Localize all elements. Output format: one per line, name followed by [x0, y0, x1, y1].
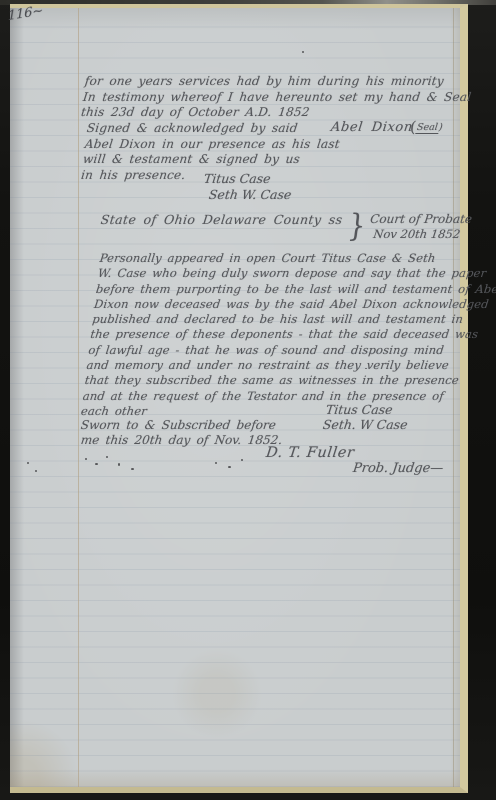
- handwritten-line: for one years services had by him during…: [84, 74, 474, 90]
- handwritten-line: Abel Dixon in our presence as his last: [84, 137, 341, 153]
- handwritten-line: of lawful age - that he was of sound and…: [88, 343, 496, 358]
- ink-speck: [85, 458, 87, 460]
- handwritten-line: and at the request of the Testator and i…: [82, 389, 490, 404]
- testator-signature: Abel Dixon: [330, 120, 414, 135]
- handwritten-line: the presence of these deponents - that t…: [89, 327, 496, 342]
- handwritten-line: each other: [80, 404, 488, 419]
- caption-court-column: Court of Probate Nov 20th 1852: [367, 212, 473, 243]
- ink-speck: [302, 51, 304, 53]
- handwritten-line: published and declared to be his last wi…: [91, 312, 496, 327]
- handwritten-line: W. Case who being duly sworn depose and …: [97, 266, 496, 281]
- handwritten-line: In testimony whereof I have hereunto set…: [82, 90, 472, 106]
- judge-title: Prob. Judge—: [352, 461, 444, 476]
- ink-speck: [106, 456, 108, 458]
- handwritten-line: and memory and under no restraint as the…: [86, 358, 494, 373]
- ink-speck: [215, 462, 217, 464]
- probate-record: Personally appeared in open Court Titus …: [80, 251, 496, 419]
- handwritten-line: Personally appeared in open Court Titus …: [99, 251, 496, 266]
- witness-signature: Titus Case: [203, 171, 271, 186]
- jurat-line: Sworn to & Subscribed before: [80, 418, 277, 432]
- ink-speck: [118, 463, 120, 466]
- handwritten-line: before them purporting to be the last wi…: [95, 282, 496, 297]
- caption-venue: State of Ohio Delaware County ss: [100, 212, 343, 227]
- handwritten-line: will & testament & signed by us: [82, 152, 339, 168]
- ink-speck: [131, 468, 134, 470]
- will-conclusion: for one years services had by him during…: [80, 74, 474, 121]
- ledger-page: 116~ for one years services had by him d…: [10, 4, 468, 793]
- margin-rule-line: [78, 8, 79, 787]
- ink-speck: [27, 462, 29, 464]
- handwritten-line: Signed & acknowledged by said: [86, 121, 343, 137]
- ink-speck: [241, 459, 243, 461]
- caption-date: Nov 20th 1852: [372, 227, 471, 242]
- ink-speck: [228, 466, 231, 468]
- ink-speck: [365, 368, 367, 369]
- caption-brace: }: [346, 210, 367, 242]
- seal-label: Seal: [415, 122, 439, 134]
- caption-court-name: Court of Probate: [369, 212, 473, 227]
- witness-signature: Titus Case: [325, 402, 393, 417]
- record-book-photo: 116~ for one years services had by him d…: [0, 0, 496, 800]
- handwritten-line: Dixon now deceased was by the said Abel …: [93, 297, 496, 312]
- handwritten-line: that they subscribed the same as witness…: [84, 373, 492, 388]
- ink-speck: [35, 470, 37, 472]
- court-caption: State of Ohio Delaware County ss } Court…: [98, 212, 473, 243]
- witness-signature: Seth W. Case: [208, 187, 292, 202]
- jurat-line: me this 20th day of Nov. 1852.: [80, 433, 283, 447]
- judge-signature: D. T. Fuller: [265, 445, 355, 461]
- ink-speck: [95, 463, 98, 465]
- seal-mark: (Seal): [409, 118, 444, 136]
- witness-signature: Seth. W Case: [322, 417, 408, 432]
